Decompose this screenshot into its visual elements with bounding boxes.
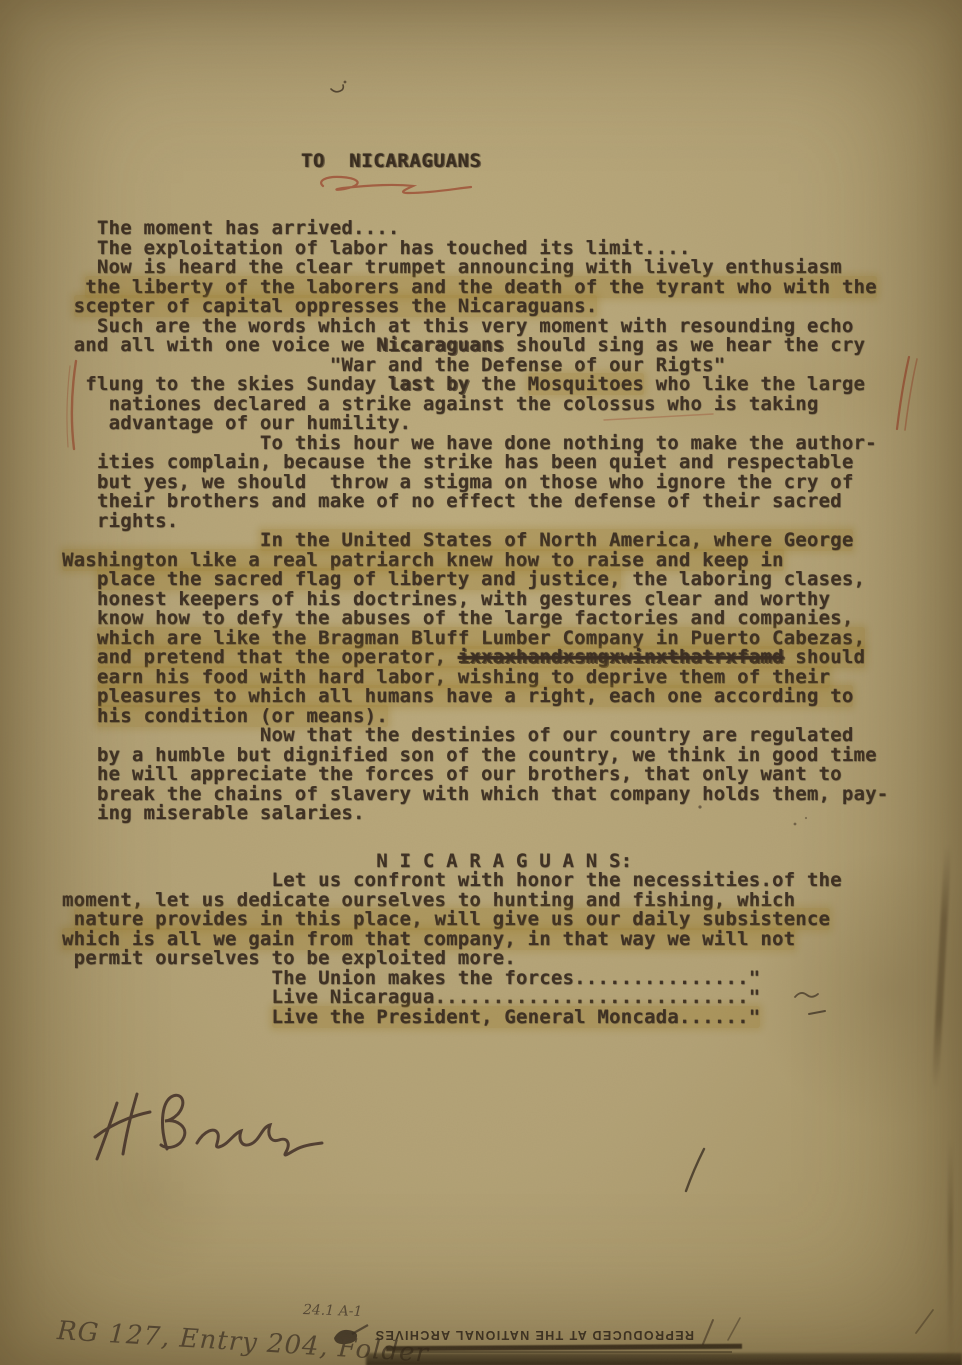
- text-line: Live the President, General Moncada.....…: [62, 1008, 888, 1028]
- text-line: ing miserable salaries.: [62, 804, 888, 824]
- signature: [95, 1094, 322, 1159]
- document-title: TO NICARAGUANS: [301, 150, 482, 172]
- title-underline-pen-mark: [321, 177, 471, 193]
- pen-slash-mark: [728, 1318, 740, 1340]
- paper-crease: [948, 1140, 953, 1360]
- text-line: [62, 824, 888, 852]
- pencil-folder-number: 24.1 A-1: [303, 1302, 363, 1320]
- text-line: their brothers and make of no effect the…: [62, 492, 888, 512]
- document-page: TO NICARAGUANS The moment has arrived...…: [0, 0, 962, 1365]
- pen-slash-mark: [703, 1320, 713, 1344]
- pen-slash-mark: [916, 1310, 933, 1333]
- paper-crease: [932, 845, 952, 1090]
- paper-stain: [30, 1120, 250, 1280]
- stamp-underline: [386, 1344, 742, 1351]
- right-margin-red-mark: [905, 359, 917, 430]
- typewritten-body: The moment has arrived.... The exploitat…: [62, 219, 888, 1027]
- right-margin-red-mark: [897, 357, 909, 429]
- national-archives-stamp: REPRODUCED AT THE NATIONAL ARCHIVES: [398, 1326, 694, 1344]
- pen-slash-mark: [686, 1149, 704, 1191]
- scan-edge-smear: [366, 1353, 962, 1365]
